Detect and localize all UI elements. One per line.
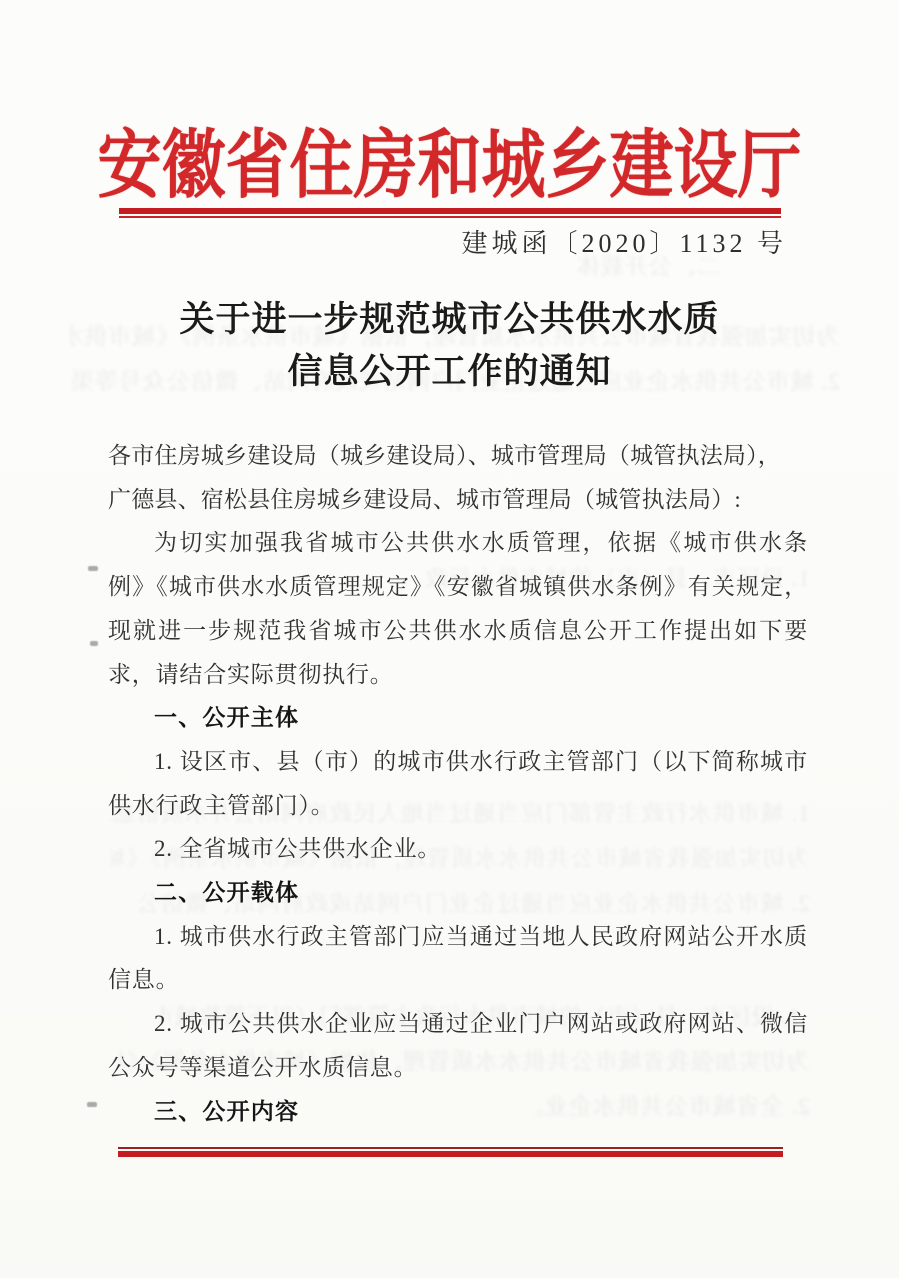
scan-speck: [88, 566, 98, 571]
footer-red-rule: [118, 1147, 783, 1157]
section-heading-3: 三、公开内容: [108, 1090, 808, 1134]
scanned-document-page: 二、公开载体 为切实加强我省城市公共供水水质管理，依据《城市供水条例》《城市供水…: [0, 0, 899, 1278]
section-heading-1: 一、公开主体: [108, 696, 808, 740]
body-paragraph: 1. 城市供水行政主管部门应当通过当地人民政府网站公开水质信息。: [108, 915, 808, 1002]
document-body: 各市住房城乡建设局（城乡建设局）、城市管理局（城管执法局）， 广德县、宿松县住房…: [108, 434, 808, 1133]
footer-rule-thick-bar: [118, 1151, 783, 1157]
body-paragraph: 1. 设区市、县（市）的城市供水行政主管部门（以下简称城市供水行政主管部门）。: [108, 740, 808, 827]
body-paragraph: 2. 城市公共供水企业应当通过企业门户网站或政府网站、微信公众号等渠道公开水质信…: [108, 1002, 808, 1089]
header-rule-thin-bar: [119, 216, 781, 218]
header-red-rule: [119, 208, 781, 218]
section-heading-2: 二、公开载体: [108, 871, 808, 915]
scan-speck: [90, 641, 98, 646]
agency-letterhead: 安徽省住房和城乡建设厅: [0, 106, 899, 213]
body-paragraph: 为切实加强我省城市公共供水水质管理，依据《城市供水条例》《城市供水水质管理规定》…: [108, 521, 808, 696]
document-title: 关于进一步规范城市公共供水水质 信息公开工作的通知: [0, 294, 899, 398]
recipient-line: 广德县、宿松县住房城乡建设局、城市管理局（城管执法局）:: [108, 478, 808, 522]
body-paragraph: 2. 全省城市公共供水企业。: [108, 827, 808, 871]
scan-speck: [87, 1102, 97, 1107]
document-title-line-2: 信息公开工作的通知: [0, 346, 899, 398]
document-number: 建城函〔2020〕1132 号: [461, 223, 787, 260]
document-title-line-1: 关于进一步规范城市公共供水水质: [0, 294, 899, 346]
recipient-line: 各市住房城乡建设局（城乡建设局）、城市管理局（城管执法局），: [108, 434, 808, 478]
